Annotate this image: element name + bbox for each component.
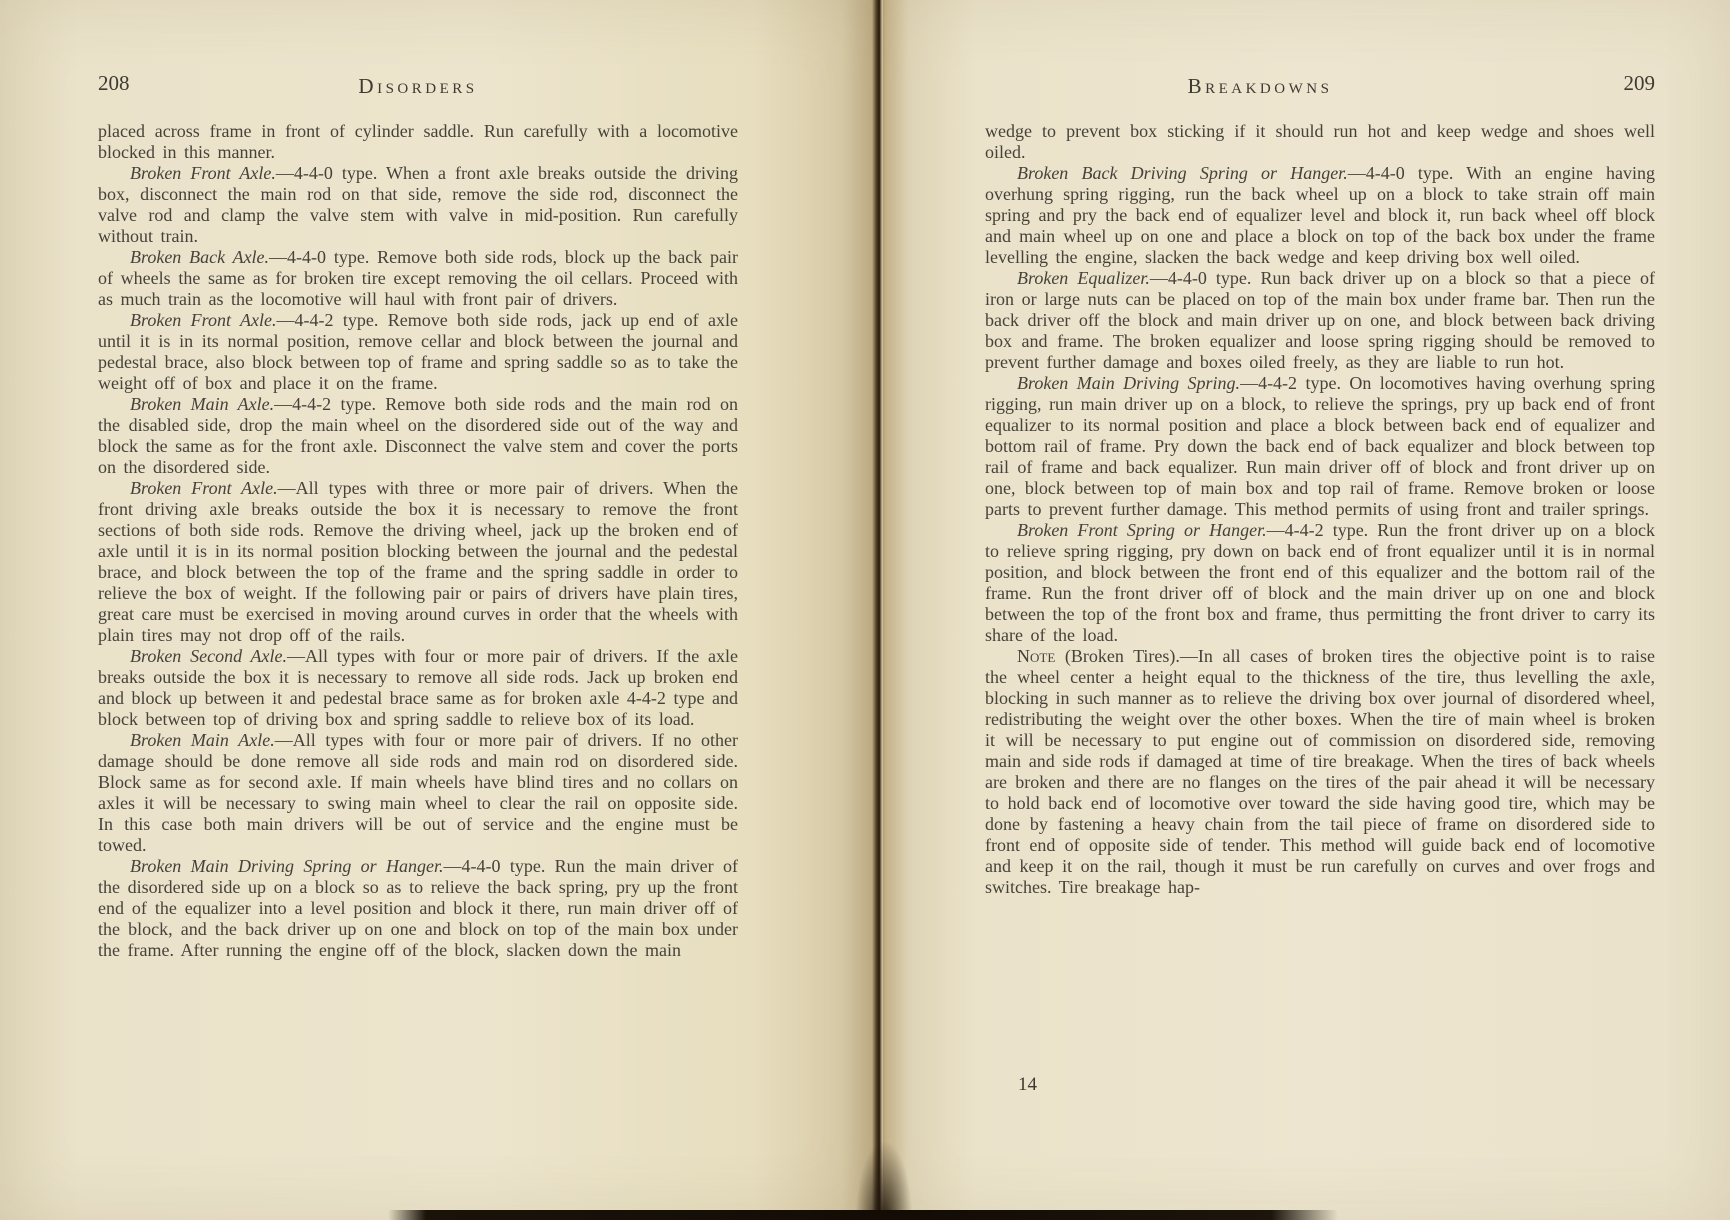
book-scan: 208 Disorders Breakdowns 209 placed acro…: [0, 0, 1730, 1220]
left-running-head: Disorders: [98, 74, 738, 99]
paragraph-lead: Broken Front Axle.: [130, 310, 277, 330]
paragraph: Note (Broken Tires).—In all cases of bro…: [985, 646, 1655, 898]
paragraph-lead: Broken Back Driving Spring or Hanger.: [1017, 163, 1348, 183]
right-text-block: wedge to prevent box sticking if it shou…: [985, 121, 1655, 1075]
paragraph-lead: Broken Front Axle.: [130, 163, 276, 183]
paragraph: Broken Main Axle.—All types with four or…: [98, 730, 738, 856]
paragraph: Broken Front Spring or Hanger.—4-4-2 typ…: [985, 520, 1655, 646]
paragraph-lead: Broken Main Axle.: [130, 394, 274, 414]
paragraph: Broken Main Driving Spring.—4-4-2 type. …: [985, 373, 1655, 520]
paragraph-lead: Broken Back Axle.: [130, 247, 269, 267]
paragraph: Broken Front Axle.—4-4-2 type. Remove bo…: [98, 310, 738, 394]
left-text-block: placed across frame in front of cylinder…: [98, 121, 738, 1075]
paragraph: placed across frame in front of cylinder…: [98, 121, 738, 163]
paragraph-lead: Broken Main Driving Spring or Hanger.: [130, 856, 444, 876]
paragraph: Broken Front Axle.—4-4-0 type. When a fr…: [98, 163, 738, 247]
paragraph: Broken Back Axle.—4-4-0 type. Remove bot…: [98, 247, 738, 310]
page-gutter: [872, 0, 886, 1220]
paragraph-lead: Broken Main Axle.: [130, 730, 275, 750]
paragraph: Broken Main Driving Spring or Hanger.—4-…: [98, 856, 738, 961]
paragraph: wedge to prevent box sticking if it shou…: [985, 121, 1655, 163]
paragraph-lead: Broken Main Driving Spring.: [1017, 373, 1240, 393]
paragraph-lead: Broken Front Spring or Hanger.: [1017, 520, 1267, 540]
paragraph: Broken Front Axle.—All types with three …: [98, 478, 738, 646]
paragraph: Broken Second Axle.—All types with four …: [98, 646, 738, 730]
paragraph: Broken Main Axle.—4-4-2 type. Remove bot…: [98, 394, 738, 478]
right-page-number: 209: [1455, 71, 1655, 96]
paragraph: Broken Equalizer.—4-4-0 type. Run back d…: [985, 268, 1655, 373]
paragraph-lead: Broken Equalizer.: [1017, 268, 1150, 288]
paragraph-lead: Note: [1017, 646, 1055, 666]
gutter-bottom-shadow: [856, 1142, 912, 1220]
bottom-edge-shadow: [388, 1210, 1338, 1220]
signature-mark: 14: [1018, 1074, 1037, 1096]
paragraph: Broken Back Driving Spring or Hanger.—4-…: [985, 163, 1655, 268]
paragraph-lead: Broken Front Axle.: [130, 478, 278, 498]
paragraph-lead: Broken Second Axle.: [130, 646, 287, 666]
